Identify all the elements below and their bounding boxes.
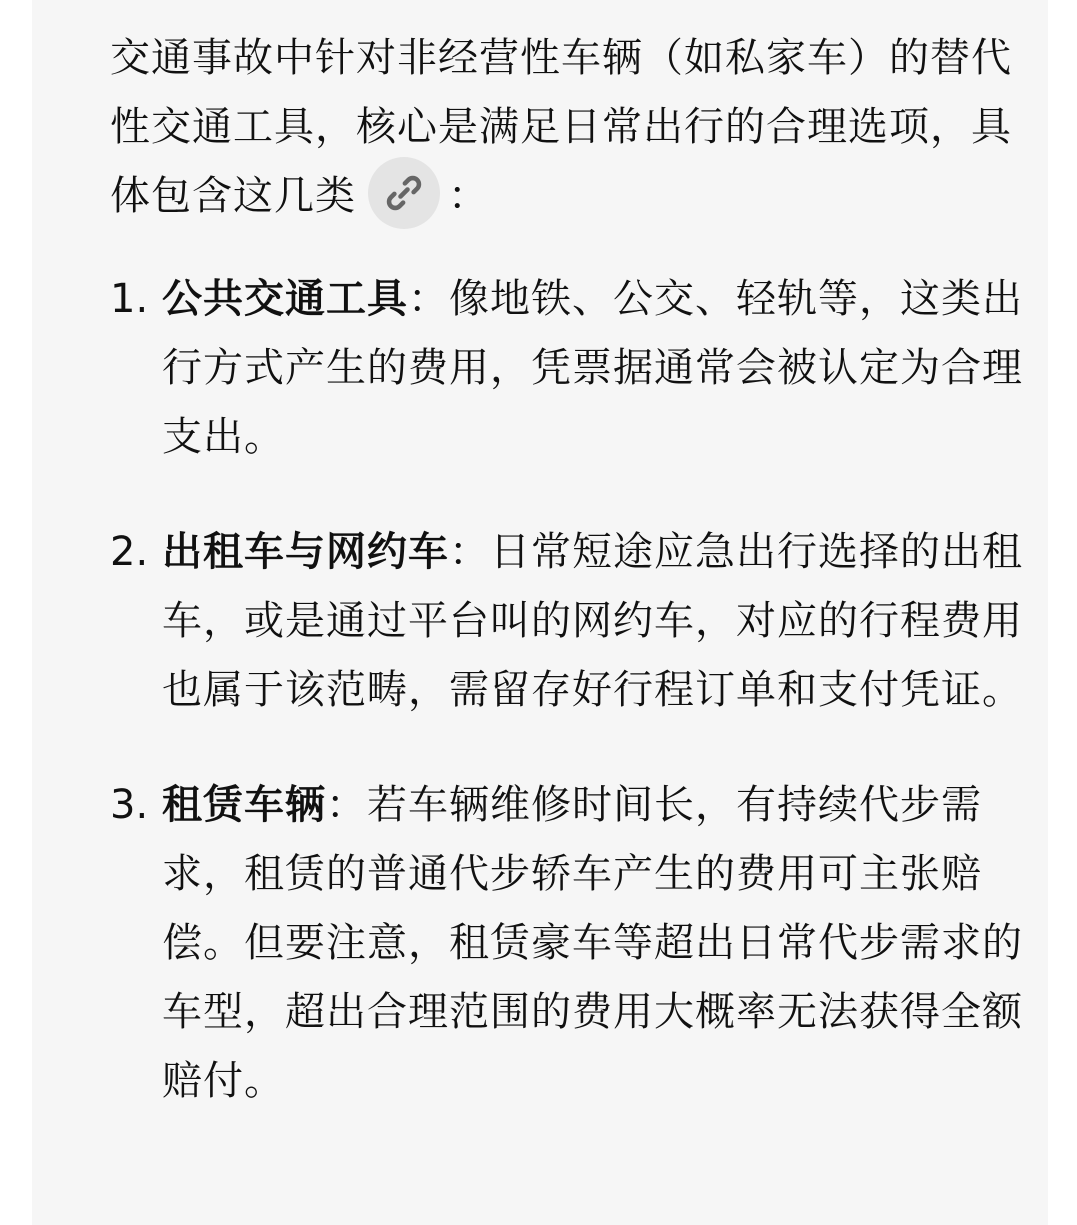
item-separator: ： [449, 529, 490, 575]
item-title: 租赁车辆 [162, 782, 326, 828]
item-separator: ： [408, 276, 449, 322]
item-body: 若车辆维修时间长，有持续代步需求，租赁的普通代步轿车产生的费用可主张赔偿。但要注… [162, 782, 1023, 1104]
intro-paragraph: 交通事故中针对非经营性车辆（如私家车）的替代性交通工具，核心是满足日常出行的合理… [110, 24, 1040, 231]
item-number: 1. [110, 265, 148, 334]
item-separator: ： [326, 782, 367, 828]
item-number: 3. [110, 771, 148, 840]
list-item-taxi-ridehailing: 2. 出租车与网约车：日常短途应急出行选择的出租车，或是通过平台叫的网约车，对应… [110, 518, 1040, 725]
item-title: 公共交通工具 [162, 276, 408, 322]
options-list: 1. 公共交通工具：像地铁、公交、轻轨等，这类出行方式产生的费用，凭票据通常会被… [110, 265, 1040, 1116]
list-item-rental-vehicle: 3. 租赁车辆：若车辆维修时间长，有持续代步需求，租赁的普通代步轿车产生的费用可… [110, 771, 1040, 1116]
item-title: 出租车与网约车 [162, 529, 449, 575]
intro-text: 交通事故中针对非经营性车辆（如私家车）的替代性交通工具，核心是满足日常出行的合理… [110, 35, 1012, 219]
intro-suffix: ： [448, 173, 489, 219]
list-item-public-transport: 1. 公共交通工具：像地铁、公交、轻轨等，这类出行方式产生的费用，凭票据通常会被… [110, 265, 1040, 472]
answer-content: 交通事故中针对非经营性车辆（如私家车）的替代性交通工具，核心是满足日常出行的合理… [110, 24, 1040, 1162]
source-link-button[interactable] [368, 157, 440, 229]
answer-card: 交通事故中针对非经营性车辆（如私家车）的替代性交通工具，核心是满足日常出行的合理… [32, 0, 1048, 1225]
item-number: 2. [110, 518, 148, 587]
link-icon [383, 172, 425, 214]
